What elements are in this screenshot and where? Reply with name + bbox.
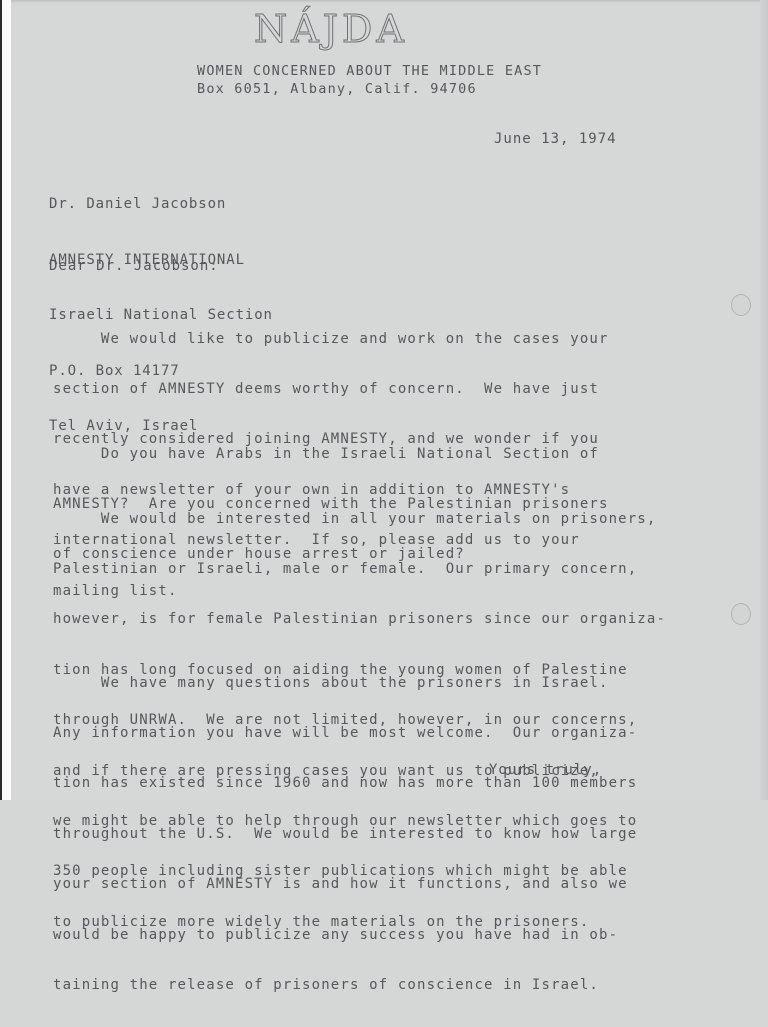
text-line: We would be interested in all your mater… bbox=[53, 511, 666, 528]
letterhead-address: Box 6051, Albany, Calif. 94706 bbox=[197, 81, 477, 97]
closing: Yours truly, bbox=[489, 762, 602, 778]
letterhead-organization: WOMEN CONCERNED ABOUT THE MIDDLE EAST bbox=[197, 63, 542, 79]
scanned-letter: NÁJDA WOMEN CONCERNED ABOUT THE MIDDLE E… bbox=[0, 0, 768, 800]
text-line: Palestinian or Israeli, male or female. … bbox=[53, 561, 666, 578]
text-line: however, is for female Palestinian priso… bbox=[53, 611, 666, 628]
punch-hole-icon bbox=[731, 603, 751, 625]
letterhead-logo: NÁJDA bbox=[254, 10, 408, 48]
top-shadow bbox=[11, 0, 768, 3]
text-line: We would like to publicize and work on t… bbox=[53, 331, 609, 348]
left-margin-strip bbox=[2, 0, 11, 800]
text-line: We have many questions about the prisone… bbox=[53, 675, 637, 692]
punch-hole-icon bbox=[731, 294, 751, 316]
letter-date: June 13, 1974 bbox=[494, 131, 617, 147]
text-line: Do you have Arabs in the Israeli Nationa… bbox=[53, 446, 609, 463]
text-line: Any information you have will be most we… bbox=[53, 725, 637, 742]
right-edge bbox=[760, 0, 768, 800]
salutation: Dear Dr. Jacobson: bbox=[49, 258, 219, 274]
text-line: section of AMNESTY deems worthy of conce… bbox=[53, 381, 609, 398]
recipient-line: Dr. Daniel Jacobson bbox=[49, 195, 273, 214]
